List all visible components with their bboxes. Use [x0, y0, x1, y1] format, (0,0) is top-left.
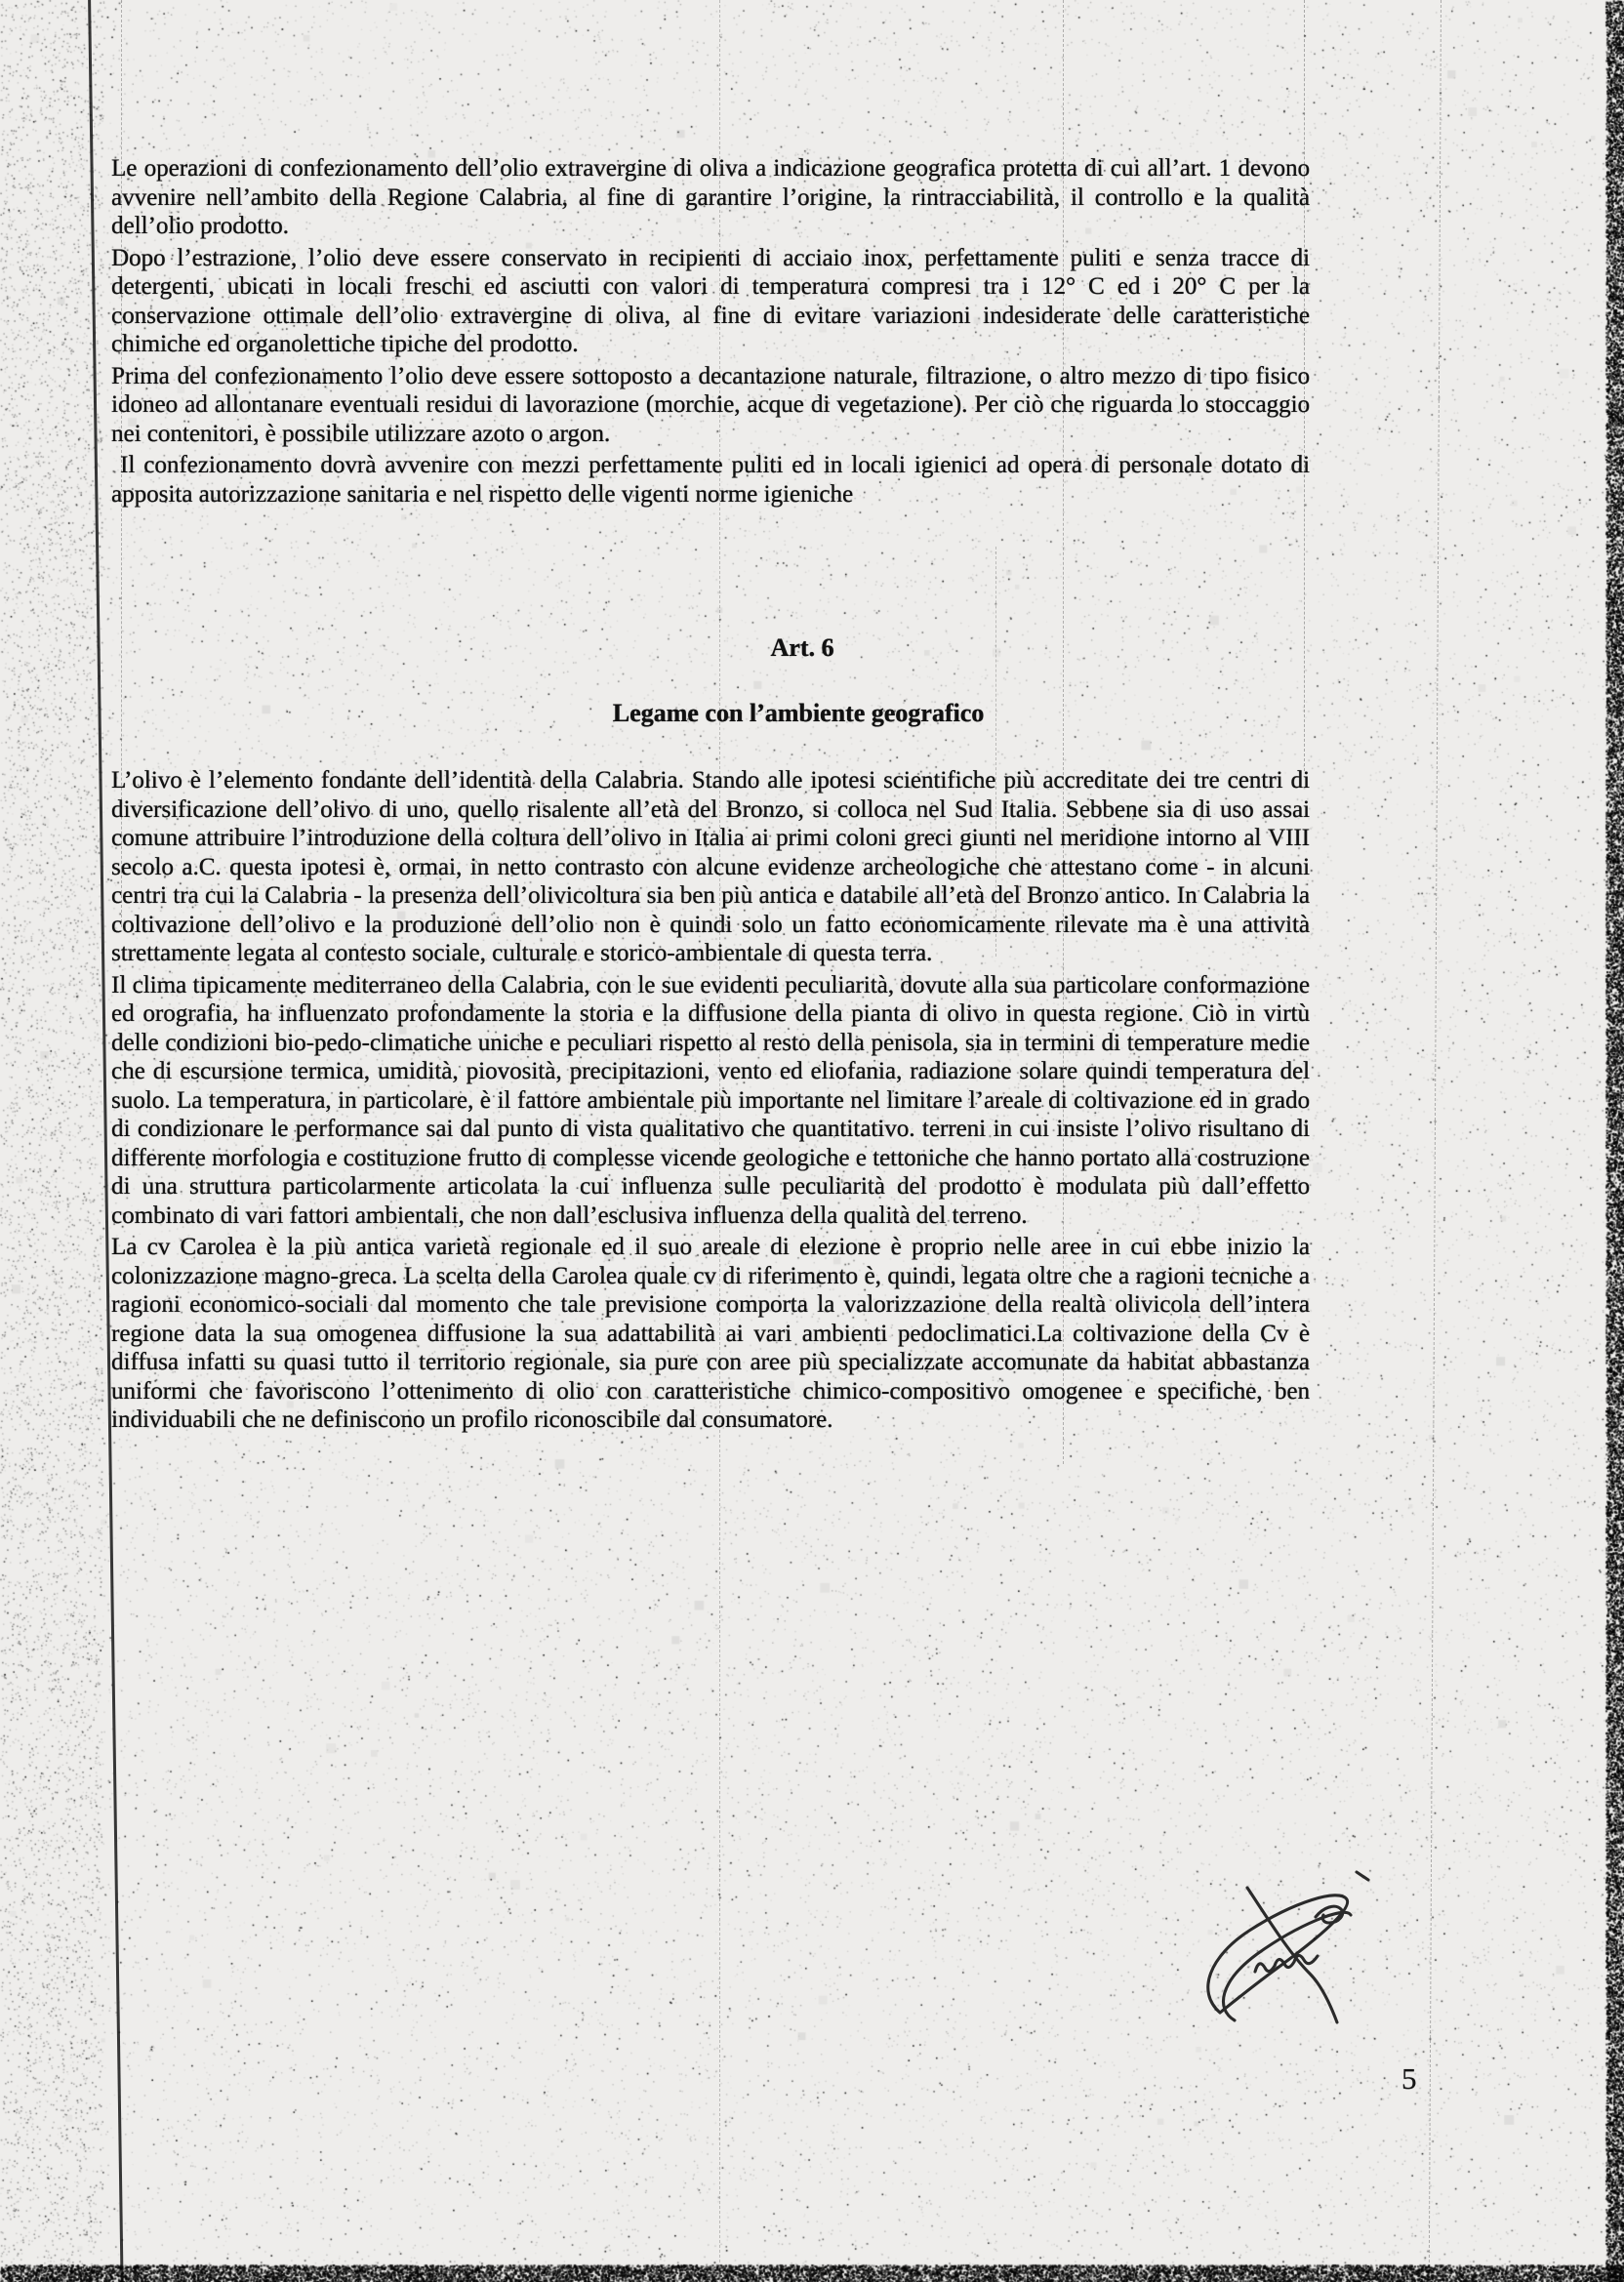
- page-number: 5: [1401, 2061, 1417, 2097]
- scanned-page: Le operazioni di confezionamento dell’ol…: [0, 0, 1624, 2282]
- body-paragraph: Dopo l’estrazione, l’olio deve essere co…: [111, 244, 1310, 359]
- body-paragraph: La cv Carolea è la più antica varietà re…: [111, 1233, 1310, 1435]
- section-heading: Legame con l’ambiente geografico: [199, 699, 1398, 728]
- body-paragraph: Il clima tipicamente mediterraneo della …: [111, 971, 1310, 1231]
- body-paragraph: Il confezionamento dovrà avvenire con me…: [111, 451, 1310, 509]
- scan-fold-line: [1429, 0, 1441, 2282]
- signature: [1191, 1866, 1371, 2032]
- body-paragraph: Le operazioni di confezionamento dell’ol…: [111, 154, 1310, 241]
- document-body: Le operazioni di confezionamento dell’ol…: [111, 154, 1310, 1438]
- body-paragraph: Prima del confezionamento l’olio deve es…: [111, 362, 1310, 449]
- article-heading: Art. 6: [203, 633, 1401, 663]
- body-paragraph: L’olivo è l’elemento fondante dell’ident…: [111, 766, 1310, 968]
